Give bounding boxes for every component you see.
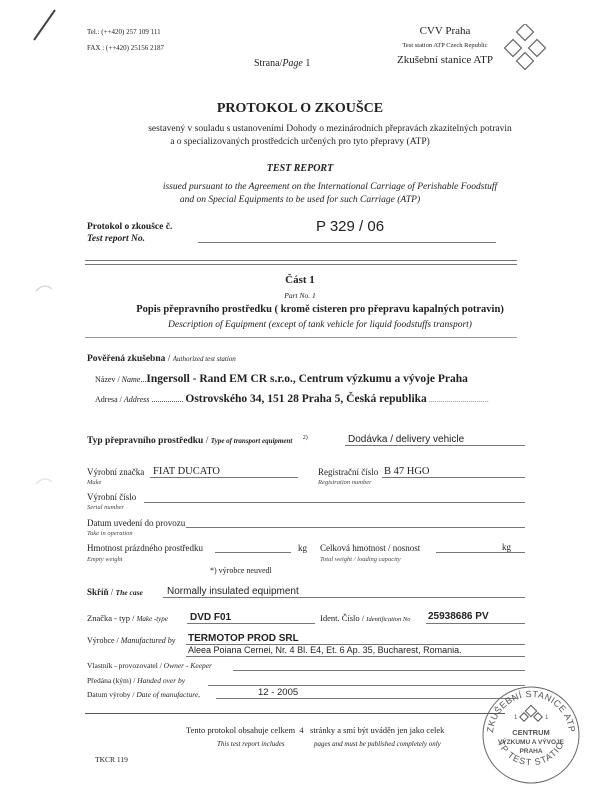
handed-label-en: Handed over by [137,676,185,685]
date-op-label-en: Take in operation [87,530,133,537]
svg-text:PRAHA: PRAHA [519,748,542,755]
title-cz: PROTOKOL O ZKOUŠCE [0,101,600,117]
owner-field [233,670,525,671]
name-label-en: Name [122,375,141,384]
manufacture-date-value: 12 - 2005 [258,687,298,698]
equipment-type-underline [345,445,525,446]
stamp-ring-icon: ZKUŠEBNÍ STANICE ATP ATP TEST STATION 1 … [479,683,583,787]
svg-text:1: 1 [545,715,549,721]
make-type-label-en: Make -type [137,615,168,623]
make-type-underline [187,623,315,624]
page-label: Strana/ [254,58,282,69]
manufacture-date-label-en: Date of manufacture [136,690,198,699]
equipment-type-label-en: Type of transport equipment [211,437,293,445]
title-en: TEST REPORT [0,163,600,174]
make-label-en: Make [87,479,101,486]
make-type-value: DVD F01 [190,612,231,623]
manufacture-date-label: Datum výroby / Date of manufacture, [87,690,200,699]
footer-divider [85,713,505,714]
date-op-field [186,527,525,528]
manufacturer-address: Aleea Poiana Cernei, Nr. 4 Bl. E4, Et. 6… [188,645,462,655]
title-desc-en-1: issued pursuant to the Agreement on the … [60,182,600,192]
empty-weight-label-en: Empty weight [87,556,123,563]
case-underline [163,597,525,598]
manufacture-date-underline [216,698,516,699]
margin-arc-mark [34,475,54,485]
total-weight-unit: kg [502,542,511,552]
part-en: Part No. 1 [0,291,600,300]
part-desc-en: Description of Equipment (except of tank… [60,320,580,330]
report-no-value: P 329 / 06 [200,218,500,235]
manufacture-date-label-cz: Datum výroby / [87,690,135,699]
owner-label-cz: Vlastník - provozovatel / [87,661,162,670]
serial-label-cz: Výrobní číslo [87,492,136,502]
case-label: Skříň / The case [87,587,143,597]
pen-stroke-mark [30,8,58,42]
manufacturer-label: Výrobce / Manufactured by [87,636,175,645]
org-cz: Zkušební stanice ATP [375,54,515,66]
report-no-label-en: Test report No. [87,234,145,244]
official-stamp: ZKUŠEBNÍ STANICE ATP ATP TEST STATION 1 … [479,683,583,787]
owner-label-en: Owner - Keeper [164,661,212,670]
ident-label-en: Identification No [366,616,410,623]
total-weight-label-cz: Celková hmotnost / nosnost [320,543,420,553]
org-name: CVV Praha [385,25,505,37]
footer-en-2: pages and must be published completely o… [314,740,441,748]
empty-weight-label-cz: Hmotnost prázdného prostředku [87,543,203,553]
section-divider [85,260,517,265]
title-desc-cz-2: a o specializovaných prostředcích určený… [60,137,540,147]
total-weight-field [436,552,525,553]
station-heading-cz: Pověřená zkušebna [87,354,165,364]
ident-value: 25938686 PV [428,611,489,622]
manufacturer-note: *) výrobce neuvedl [210,566,272,575]
part-cz: Část 1 [0,274,600,286]
make-type-label-cz: Značka - typ / [87,613,134,623]
manufacturer-address-underline [186,656,525,657]
station-name-row: Název / Name...Ingersoll - Rand EM CR s.… [95,373,468,385]
title-desc-en-2: and on Special Equipments to be used for… [60,195,540,205]
total-weight-label-en: Total weight / loading capacity [320,556,401,563]
svg-text:CENTRUM: CENTRUM [512,728,550,737]
page-indicator: Strana/Page 1 [254,58,310,69]
date-op-label-cz: Datum uvedení do provozu [87,518,185,528]
reg-label-cz: Registrační číslo [318,467,378,477]
fax: FAX : (++420) 25156 2187 [87,44,164,52]
address-label-cz: Adresa [95,395,118,404]
station-address-value: Ostrovského 34, 151 28 Praha 5, Česká re… [185,393,426,405]
station-heading-en: Authorized test station [173,355,236,363]
page-number: 1 [303,58,311,69]
empty-weight-field [215,552,291,553]
ident-label-cz: Ident. Číslo / [320,613,364,623]
manufacturer-value: TERMOTOP PROD SRL [188,633,299,644]
make-underline [150,477,298,478]
org-sub: Test station ATP Czech Republic [375,42,515,49]
footer-cz-1: Tento protokol obsahuje celkem [186,725,295,735]
equipment-type-value: Dodávka / delivery vehicle [348,434,464,445]
svg-text:VÝZKUMU A VÝVOJE: VÝZKUMU A VÝVOJE [498,737,565,746]
svg-text:ZKUŠEBNÍ STANICE ATP: ZKUŠEBNÍ STANICE ATP [485,689,577,733]
atp-logo-icon [502,24,550,74]
divider [85,337,517,338]
report-no-label-cz: Protokol o zkoušce č. [87,222,172,232]
part-desc-cz: Popis přepravního prostředku ( kromě cis… [60,304,580,315]
address-label-en: Address [124,395,149,404]
empty-weight-unit: kg [298,543,307,553]
case-value: Normally insulated equipment [167,586,299,597]
manufacturer-label-en: Manufactured by [121,636,176,645]
station-name-value: Ingersoll - Rand EM CR s.r.o., Centrum v… [146,373,468,385]
make-label-cz: Výrobní značka [87,467,144,477]
equipment-type-row: Typ přepravního prostředku / Type of tra… [87,435,308,446]
handed-field [208,685,525,686]
case-label-en: The case [116,588,143,597]
manufacturer-label-cz: Výrobce / [87,636,119,645]
footer-en-1: This test report includes [217,740,285,748]
footer-page-count: 4 [299,725,303,735]
report-no-underline [198,242,496,243]
ident-underline [426,623,525,624]
reg-label-en: Registration number [318,479,372,486]
name-label-cz: Název [95,375,115,384]
tel: Tel.: (++420) 257 109 111 [87,28,161,36]
serial-field [144,502,525,503]
title-desc-cz-1: sestavený v souladu s ustanoveními Dohod… [60,124,600,134]
case-label-cz: Skříň [87,587,109,597]
handed-label-cz: Předána (kým) / [87,676,135,685]
make-value: FIAT DUCATO [153,466,220,477]
svg-text:1: 1 [514,715,518,721]
form-code: TKCR 119 [95,755,128,764]
station-heading: Pověřená zkušebna / Authorized test stat… [87,354,236,364]
serial-label-en: Serial number [87,504,124,511]
handed-label: Předána (kým) / Handed over by [87,676,185,685]
footer-cz-2: stránky a smí být uváděn jen jako celek [310,725,444,735]
footnote-ref: 2) [303,435,308,441]
make-type-label: Značka - typ / Make -type [87,613,168,623]
footer-cz: Tento protokol obsahuje celkem 4 stránky… [186,725,444,735]
reg-underline [382,477,525,478]
owner-label: Vlastník - provozovatel / Owner - Keeper [87,661,212,670]
station-address-row: Adresa / Address ................ Ostrov… [95,393,489,405]
reg-value: B 47 HGO [384,466,430,477]
page-label-en: Page [282,58,303,69]
ident-label: Ident. Číslo / Identification No [320,613,411,623]
equipment-type-label-cz: Typ přepravního prostředku [87,436,203,446]
